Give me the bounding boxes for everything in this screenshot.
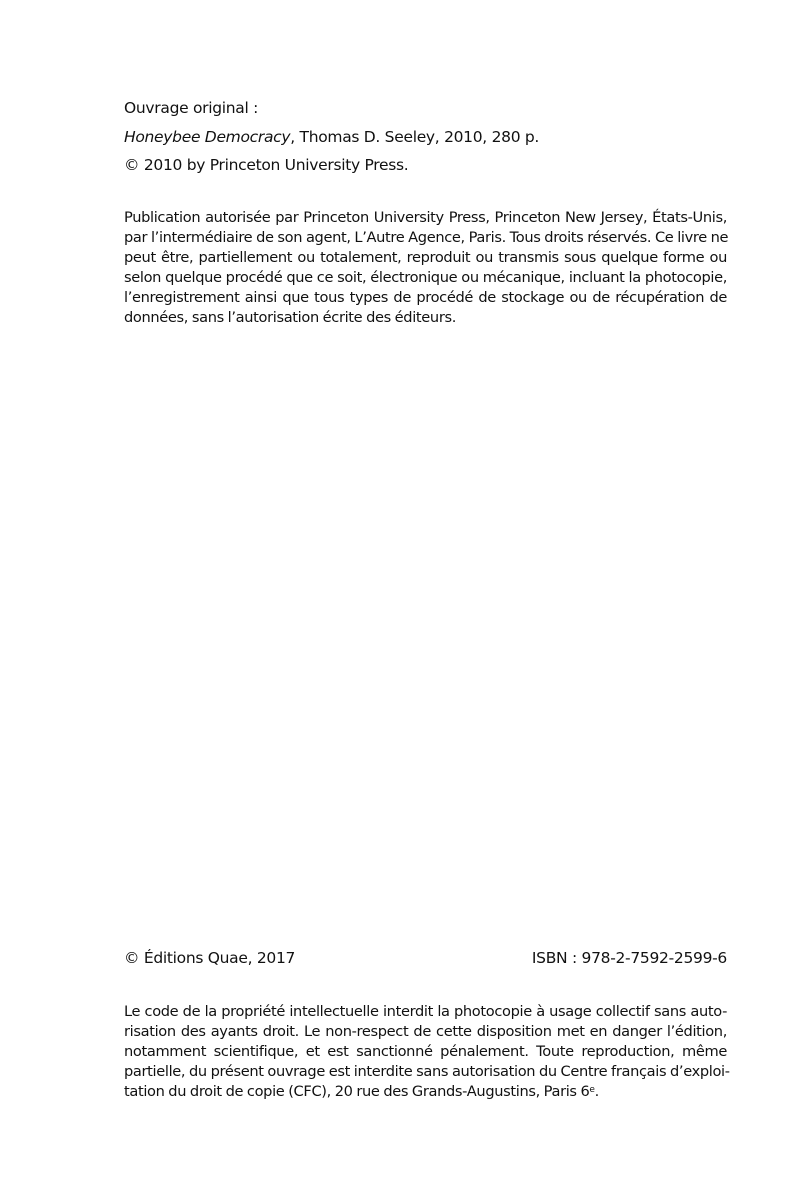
authorization-line: par l’intermédiaire de son agent, L’Autr… bbox=[124, 228, 727, 248]
authorization-line: l’enregistrement ainsi que tous types de… bbox=[124, 288, 727, 308]
legal-line: Le code de la propriété intellectuelle i… bbox=[124, 1002, 727, 1022]
legal-line: notamment scientifique, et est sanctionn… bbox=[124, 1042, 727, 1062]
edition-row: © Éditions Quae, 2017 ISBN : 978-2-7592-… bbox=[124, 946, 727, 970]
original-details: , Thomas D. Seeley, 2010, 280 p. bbox=[290, 128, 539, 146]
authorization-line: peut être, partiellement ou totalement, … bbox=[124, 248, 727, 268]
isbn: ISBN : 978-2-7592-2599-6 bbox=[532, 946, 727, 970]
legal-line: risation des ayants droit. Le non-respec… bbox=[124, 1022, 727, 1042]
original-copyright: © 2010 by Princeton University Press. bbox=[124, 153, 727, 182]
original-label: Ouvrage original : bbox=[124, 96, 727, 125]
authorization-paragraph: Publication autorisée par Princeton Univ… bbox=[124, 208, 727, 328]
end-punct: . bbox=[595, 1083, 599, 1100]
original-work-block: Ouvrage original : Honeybee Democracy, T… bbox=[124, 96, 727, 182]
authorization-line: données, sans l’autorisation écrite des … bbox=[124, 308, 727, 328]
authorization-line: selon quelque procédé que ce soit, élect… bbox=[124, 268, 727, 288]
edition-copyright: © Éditions Quae, 2017 bbox=[124, 946, 295, 970]
authorization-line: Publication autorisée par Princeton Univ… bbox=[124, 208, 727, 228]
superscript-e: e bbox=[589, 1085, 594, 1095]
legal-notice-paragraph: Le code de la propriété intellectuelle i… bbox=[124, 1002, 727, 1102]
legal-line: partielle, du présent ouvrage est interd… bbox=[124, 1062, 727, 1082]
original-citation: Honeybee Democracy, Thomas D. Seeley, 20… bbox=[124, 125, 727, 154]
legal-line-final: tation du droit de copie (CFC), 20 rue d… bbox=[124, 1082, 727, 1102]
legal-line-text: tation du droit de copie (CFC), 20 rue d… bbox=[124, 1083, 589, 1100]
original-title: Honeybee Democracy bbox=[124, 128, 290, 146]
